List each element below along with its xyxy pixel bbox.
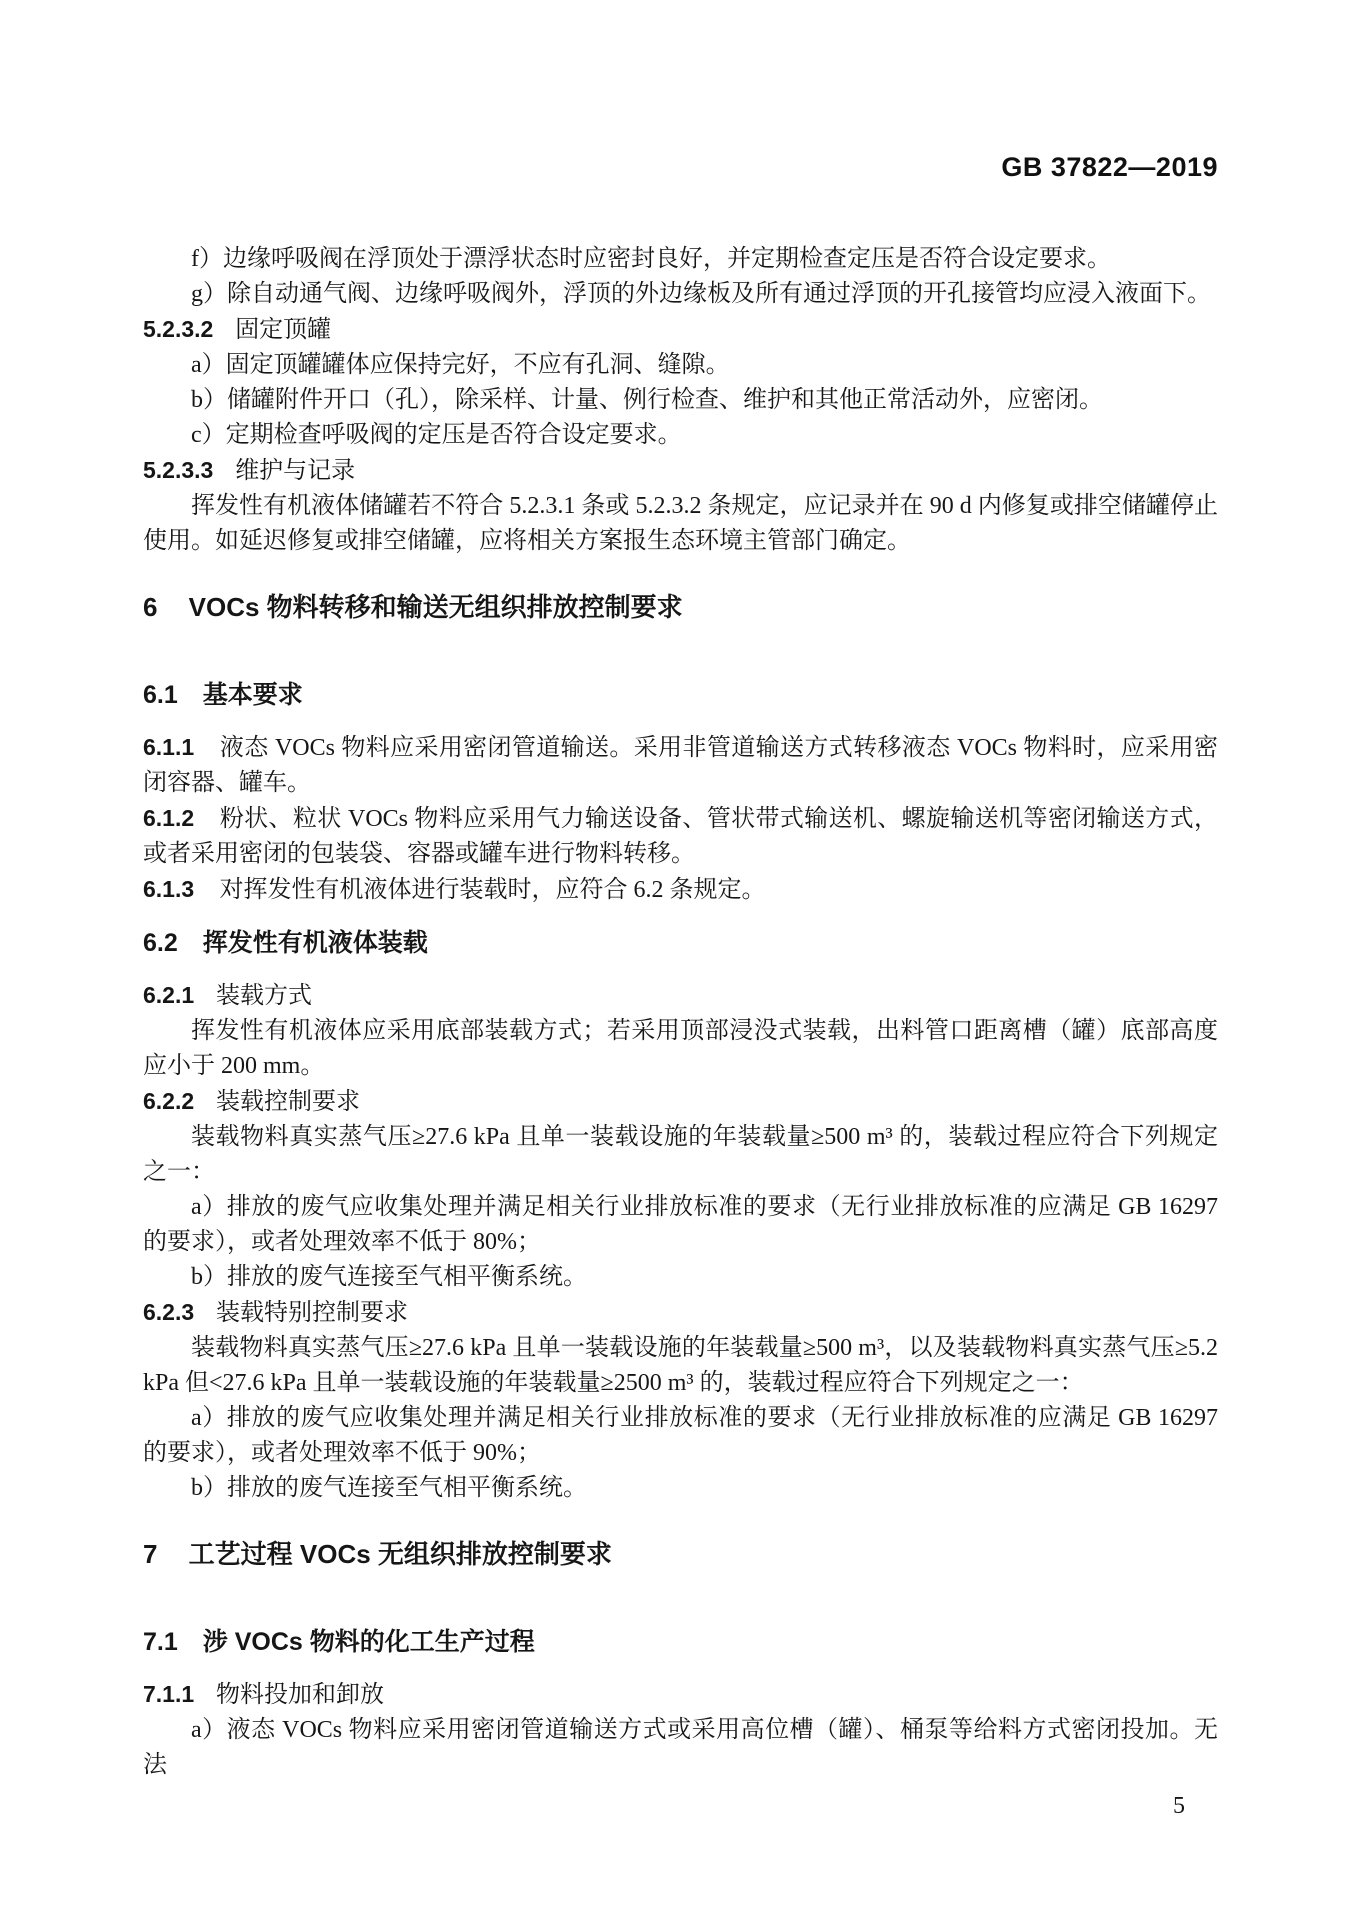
subclause-heading-5232: 5.2.3.2固定顶罐 [143, 312, 1218, 348]
section-title: 挥发性有机液体装载 [203, 929, 428, 957]
clause-number: 7.1.1 [143, 1681, 194, 1707]
clause-title: 物料投加和卸放 [216, 1682, 384, 1708]
chapter-title: VOCs 物料转移和输送无组织排放控制要求 [189, 592, 683, 622]
list-item-a: a）液态 VOCs 物料应采用密闭管道输送方式或采用高位槽（罐）、桶泵等给料方式… [143, 1713, 1218, 1783]
paragraph: 装载物料真实蒸气压≥27.6 kPa 且单一装载设施的年装载量≥500 m³，以… [143, 1331, 1218, 1401]
section-title: 基本要求 [203, 681, 303, 709]
chapter-title: 工艺过程 VOCs 无组织排放控制要求 [189, 1539, 612, 1569]
clause-613: 6.1.3对挥发性有机液体进行装载时，应符合 6.2 条规定。 [143, 872, 1218, 908]
clause-number: 6.1.3 [143, 876, 194, 902]
clause-612: 6.1.2粉状、粒状 VOCs 物料应采用气力输送设备、管状带式输送机、螺旋输送… [143, 801, 1218, 872]
clause-title: 固定顶罐 [235, 317, 331, 343]
clause-number: 6.2.2 [143, 1088, 194, 1114]
clause-number: 5.2.3.3 [143, 457, 213, 483]
paragraph: 挥发性有机液体储罐若不符合 5.2.3.1 条或 5.2.3.2 条规定，应记录… [143, 489, 1218, 559]
page-footer: 5 [143, 1789, 1218, 1824]
clause-text: 粉状、粒状 VOCs 物料应采用气力输送设备、管状带式输送机、螺旋输送机等密闭输… [143, 806, 1218, 867]
clause-title: 装载方式 [216, 983, 312, 1009]
clause-text: 液态 VOCs 物料应采用密闭管道输送。采用非管道输送方式转移液态 VOCs 物… [143, 735, 1218, 796]
list-item-a: a）排放的废气应收集处理并满足相关行业排放标准的要求（无行业排放标准的应满足 G… [143, 1401, 1218, 1471]
chapter-number: 7 [143, 1539, 157, 1569]
list-item-a: a）排放的废气应收集处理并满足相关行业排放标准的要求（无行业排放标准的应满足 G… [143, 1190, 1218, 1260]
clause-number: 6.1.1 [143, 734, 194, 760]
section-number: 6.1 [143, 681, 178, 709]
chapter-heading-6: 6VOCs 物料转移和输送无组织排放控制要求 [143, 589, 1218, 626]
list-item-b: b）储罐附件开口（孔），除采样、计量、例行检查、维护和其他正常活动外，应密闭。 [143, 383, 1218, 418]
list-item-c: c）定期检查呼吸阀的定压是否符合设定要求。 [143, 418, 1218, 453]
standard-number-header: GB 37822—2019 [143, 148, 1218, 186]
document-page: GB 37822—2019 f）边缘呼吸阀在浮顶处于漂浮状态时应密封良好，并定期… [0, 0, 1361, 1909]
chapter-number: 6 [143, 592, 157, 622]
chapter-heading-7: 7工艺过程 VOCs 无组织排放控制要求 [143, 1536, 1218, 1573]
list-item-f: f）边缘呼吸阀在浮顶处于漂浮状态时应密封良好，并定期检查定压是否符合设定要求。 [143, 242, 1218, 277]
list-item-b: b）排放的废气连接至气相平衡系统。 [143, 1260, 1218, 1295]
list-item-a: a）固定顶罐罐体应保持完好，不应有孔洞、缝隙。 [143, 348, 1218, 383]
clause-number: 5.2.3.2 [143, 316, 213, 342]
list-item-b: b）排放的废气连接至气相平衡系统。 [143, 1471, 1218, 1506]
clause-number: 6.1.2 [143, 805, 194, 831]
section-number: 7.1 [143, 1628, 178, 1656]
clause-title: 装载控制要求 [216, 1089, 360, 1115]
clause-title: 装载特别控制要求 [216, 1300, 408, 1326]
subclause-heading-5233: 5.2.3.3维护与记录 [143, 453, 1218, 489]
paragraph: 挥发性有机液体应采用底部装载方式；若采用顶部浸没式装载，出料管口距离槽（罐）底部… [143, 1014, 1218, 1084]
clause-611: 6.1.1液态 VOCs 物料应采用密闭管道输送。采用非管道输送方式转移液态 V… [143, 730, 1218, 801]
subclause-heading-623: 6.2.3装载特别控制要求 [143, 1295, 1218, 1331]
clause-number: 6.2.1 [143, 982, 194, 1008]
section-title: 涉 VOCs 物料的化工生产过程 [203, 1628, 535, 1656]
list-item-g: g）除自动通气阀、边缘呼吸阀外，浮顶的外边缘板及所有通过浮顶的开孔接管均应浸入液… [143, 277, 1218, 312]
clause-text: 对挥发性有机液体进行装载时，应符合 6.2 条规定。 [219, 877, 765, 903]
section-number: 6.2 [143, 929, 178, 957]
paragraph: 装载物料真实蒸气压≥27.6 kPa 且单一装载设施的年装载量≥500 m³ 的… [143, 1120, 1218, 1190]
clause-number: 6.2.3 [143, 1299, 194, 1325]
subclause-heading-711: 7.1.1物料投加和卸放 [143, 1677, 1218, 1713]
clause-title: 维护与记录 [235, 458, 355, 484]
section-heading-62: 6.2挥发性有机液体装载 [143, 926, 1218, 961]
subclause-heading-621: 6.2.1装载方式 [143, 978, 1218, 1014]
section-heading-71: 7.1涉 VOCs 物料的化工生产过程 [143, 1625, 1218, 1660]
section-heading-61: 6.1基本要求 [143, 678, 1218, 713]
subclause-heading-622: 6.2.2装载控制要求 [143, 1084, 1218, 1120]
page-number: 5 [1173, 1793, 1185, 1819]
document-content: f）边缘呼吸阀在浮顶处于漂浮状态时应密封良好，并定期检查定压是否符合设定要求。 … [143, 242, 1218, 1783]
